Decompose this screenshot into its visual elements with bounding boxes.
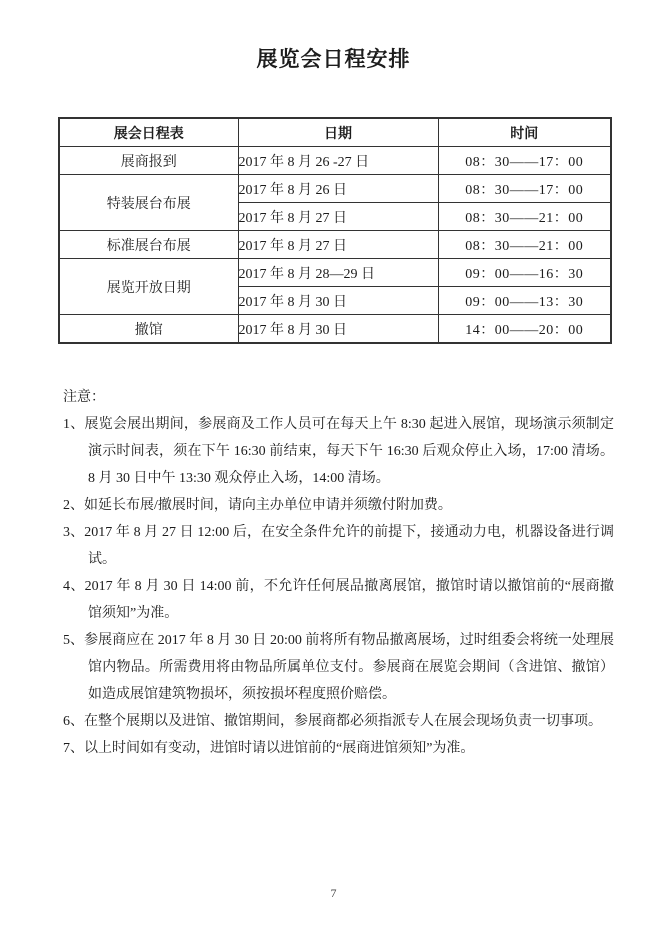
time-cell: 14：00——20：00 xyxy=(438,315,611,344)
note-number: 7、 xyxy=(63,741,84,756)
note-number: 3、 xyxy=(63,525,84,540)
page-title: 展览会日程安排 xyxy=(0,43,667,75)
note-text: 2017 年 8 月 27 日 12:00 后，在安全条件允许的前提下，接通动力… xyxy=(84,525,614,567)
table-row: 展商报到 2017 年 8 月 26 -27 日 08：30——17：00 xyxy=(59,147,611,175)
event-cell: 标准展台布展 xyxy=(59,231,238,259)
time-cell: 08：30——21：00 xyxy=(438,203,611,231)
note-text: 如延长布展/撤展时间，请向主办单位申请并须缴付附加费。 xyxy=(84,498,452,513)
note-item: 3、2017 年 8 月 27 日 12:00 后，在安全条件允许的前提下，接通… xyxy=(63,519,614,573)
note-number: 1、 xyxy=(63,417,84,432)
time-cell: 09：00——16：30 xyxy=(438,259,611,287)
notes-section: 注意： 1、展览会展出期间，参展商及工作人员可在每天上午 8:30 起进入展馆，… xyxy=(63,384,614,762)
table-header-row: 展会日程表 日期 时间 xyxy=(59,118,611,147)
note-number: 5、 xyxy=(63,633,84,648)
note-text: 参展商应在 2017 年 8 月 30 日 20:00 前将所有物品撤离展场，过… xyxy=(84,633,614,702)
note-item: 2、如延长布展/撤展时间，请向主办单位申请并须缴付附加费。 xyxy=(63,492,614,519)
column-header-date: 日期 xyxy=(238,118,438,147)
column-header-time: 时间 xyxy=(438,118,611,147)
note-text: 在整个展期以及进馆、撤馆期间，参展商都必须指派专人在展会现场负责一切事项。 xyxy=(84,714,602,729)
note-number: 2、 xyxy=(63,498,84,513)
date-cell: 2017 年 8 月 27 日 xyxy=(238,203,438,231)
time-cell: 08：30——17：00 xyxy=(438,175,611,203)
date-cell: 2017 年 8 月 26 -27 日 xyxy=(238,147,438,175)
event-cell: 展商报到 xyxy=(59,147,238,175)
table-row: 标准展台布展 2017 年 8 月 27 日 08：30——21：00 xyxy=(59,231,611,259)
table-row: 撤馆 2017 年 8 月 30 日 14：00——20：00 xyxy=(59,315,611,344)
date-cell: 2017 年 8 月 30 日 xyxy=(238,315,438,344)
note-number: 4、 xyxy=(63,579,85,594)
date-cell: 2017 年 8 月 27 日 xyxy=(238,231,438,259)
document-page: 展览会日程安排 展会日程表 日期 时间 展商报到 2017 年 8 月 26 -… xyxy=(0,0,667,931)
event-cell: 展览开放日期 xyxy=(59,259,238,315)
table-row: 特装展台布展 2017 年 8 月 26 日 08：30——17：00 xyxy=(59,175,611,203)
note-item: 5、参展商应在 2017 年 8 月 30 日 20:00 前将所有物品撤离展场… xyxy=(63,627,614,708)
note-text: 以上时间如有变动，进馆时请以进馆前的“展商进馆须知”为准。 xyxy=(84,741,474,756)
note-item: 1、展览会展出期间，参展商及工作人员可在每天上午 8:30 起进入展馆，现场演示… xyxy=(63,411,614,492)
note-item: 6、在整个展期以及进馆、撤馆期间，参展商都必须指派专人在展会现场负责一切事项。 xyxy=(63,708,614,735)
schedule-table: 展会日程表 日期 时间 展商报到 2017 年 8 月 26 -27 日 08：… xyxy=(58,117,612,344)
event-cell: 特装展台布展 xyxy=(59,175,238,231)
time-cell: 08：30——17：00 xyxy=(438,147,611,175)
note-text: 展览会展出期间，参展商及工作人员可在每天上午 8:30 起进入展馆，现场演示须制… xyxy=(84,417,614,486)
table-row: 展览开放日期 2017 年 8 月 28—29 日 09：00——16：30 xyxy=(59,259,611,287)
event-cell: 撤馆 xyxy=(59,315,238,344)
time-cell: 09：00——13：30 xyxy=(438,287,611,315)
note-item: 4、2017 年 8 月 30 日 14:00 前，不允许任何展品撤离展馆，撤馆… xyxy=(63,573,614,627)
date-cell: 2017 年 8 月 30 日 xyxy=(238,287,438,315)
date-cell: 2017 年 8 月 26 日 xyxy=(238,175,438,203)
time-cell: 08：30——21：00 xyxy=(438,231,611,259)
page-number: 7 xyxy=(0,886,667,901)
column-header-event: 展会日程表 xyxy=(59,118,238,147)
note-item: 7、以上时间如有变动，进馆时请以进馆前的“展商进馆须知”为准。 xyxy=(63,735,614,762)
note-number: 6、 xyxy=(63,714,84,729)
notes-label: 注意： xyxy=(63,384,614,411)
note-text: 2017 年 8 月 30 日 14:00 前，不允许任何展品撤离展馆，撤馆时请… xyxy=(85,579,614,621)
date-cell: 2017 年 8 月 28—29 日 xyxy=(238,259,438,287)
